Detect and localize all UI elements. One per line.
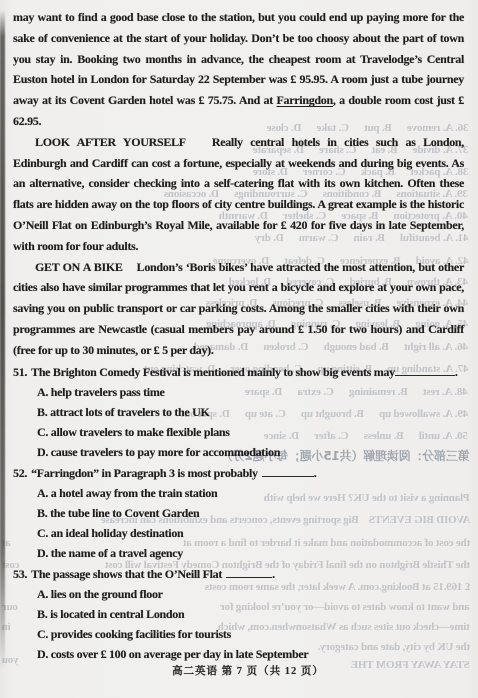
question-53-option-c: C. provides cooking facilities for touri… xyxy=(13,624,464,644)
question-number: 51. xyxy=(13,365,27,379)
passage-paragraph-3: GET ON A BIKELondon’s ‘Boris bikes’ have… xyxy=(13,257,464,361)
scan-edge-shadow xyxy=(0,10,5,670)
question-53-option-b: B. is located in central London xyxy=(13,604,464,624)
stem-suffix: . xyxy=(272,567,275,581)
question-stem-line: 51.The Brighton Comedy Festival is menti… xyxy=(13,362,464,382)
question-52-option-b: B. the tube line to Covent Garden xyxy=(13,503,464,523)
question-52: 52.“Farringdon” in Paragraph 3 is most p… xyxy=(13,463,464,564)
passage-paragraph-2: LOOK AFTER YOURSELFReally central hotels… xyxy=(13,132,464,257)
stem-suffix: . xyxy=(314,466,317,480)
section-heading-get-on-a-bike: GET ON A BIKE xyxy=(35,260,123,274)
stem-suffix: . xyxy=(455,365,458,379)
question-53-option-a: A. lies on the ground floor xyxy=(13,584,464,604)
question-stem-line: 53.The passage shows that the O’Neill Fl… xyxy=(13,564,464,584)
question-number: 52. xyxy=(13,466,27,480)
footer-text: 高二英语 第 7 页（共 12 页） xyxy=(172,666,324,677)
question-51: 51.The Brighton Comedy Festival is menti… xyxy=(13,362,464,463)
page-footer: 高二英语 第 7 页（共 12 页） xyxy=(0,663,478,678)
question-51-option-c: C. allow travelers to make flexible plan… xyxy=(13,422,464,442)
answer-blank xyxy=(395,372,455,376)
question-stem-line: 52.“Farringdon” in Paragraph 3 is most p… xyxy=(13,463,464,483)
para2-body: Really central hotels in cities such as … xyxy=(13,135,464,253)
question-52-option-a: A. a hotel away from the train station xyxy=(13,483,464,503)
page-content: may want to find a good base close to th… xyxy=(13,7,464,665)
question-53-option-d: D. costs over £ 100 on average per day i… xyxy=(13,644,464,664)
questions-section: 51.The Brighton Comedy Festival is menti… xyxy=(13,362,464,665)
section-heading-look-after-yourself: LOOK AFTER YOURSELF xyxy=(35,135,186,149)
scanned-exam-page: 36. A. remove B. put C. take D. close37.… xyxy=(0,0,478,698)
question-number: 53. xyxy=(13,567,27,581)
question-stem: The Brighton Comedy Festival is mentione… xyxy=(31,365,395,379)
answer-blank xyxy=(262,473,314,477)
question-51-option-a: A. help travelers pass time xyxy=(13,382,464,402)
question-52-option-d: D. the name of a travel agency xyxy=(13,543,464,563)
question-51-option-b: B. attract lots of travelers to the UK xyxy=(13,402,464,422)
question-51-option-d: D. cause travelers to pay more for accom… xyxy=(13,442,464,462)
para1-underlined-word: Farringdon xyxy=(277,93,333,107)
para3-body: London’s ‘Boris bikes’ have attracted th… xyxy=(13,260,464,357)
question-53: 53.The passage shows that the O’Neill Fl… xyxy=(13,564,464,665)
question-stem: “Farringdon” in Paragraph 3 is most prob… xyxy=(31,466,258,480)
question-stem: The passage shows that the O’Neill Flat xyxy=(31,567,222,581)
question-52-option-c: C. an ideal holiday destination xyxy=(13,523,464,543)
answer-blank xyxy=(226,574,272,578)
passage-paragraph-1: may want to find a good base close to th… xyxy=(13,7,464,132)
